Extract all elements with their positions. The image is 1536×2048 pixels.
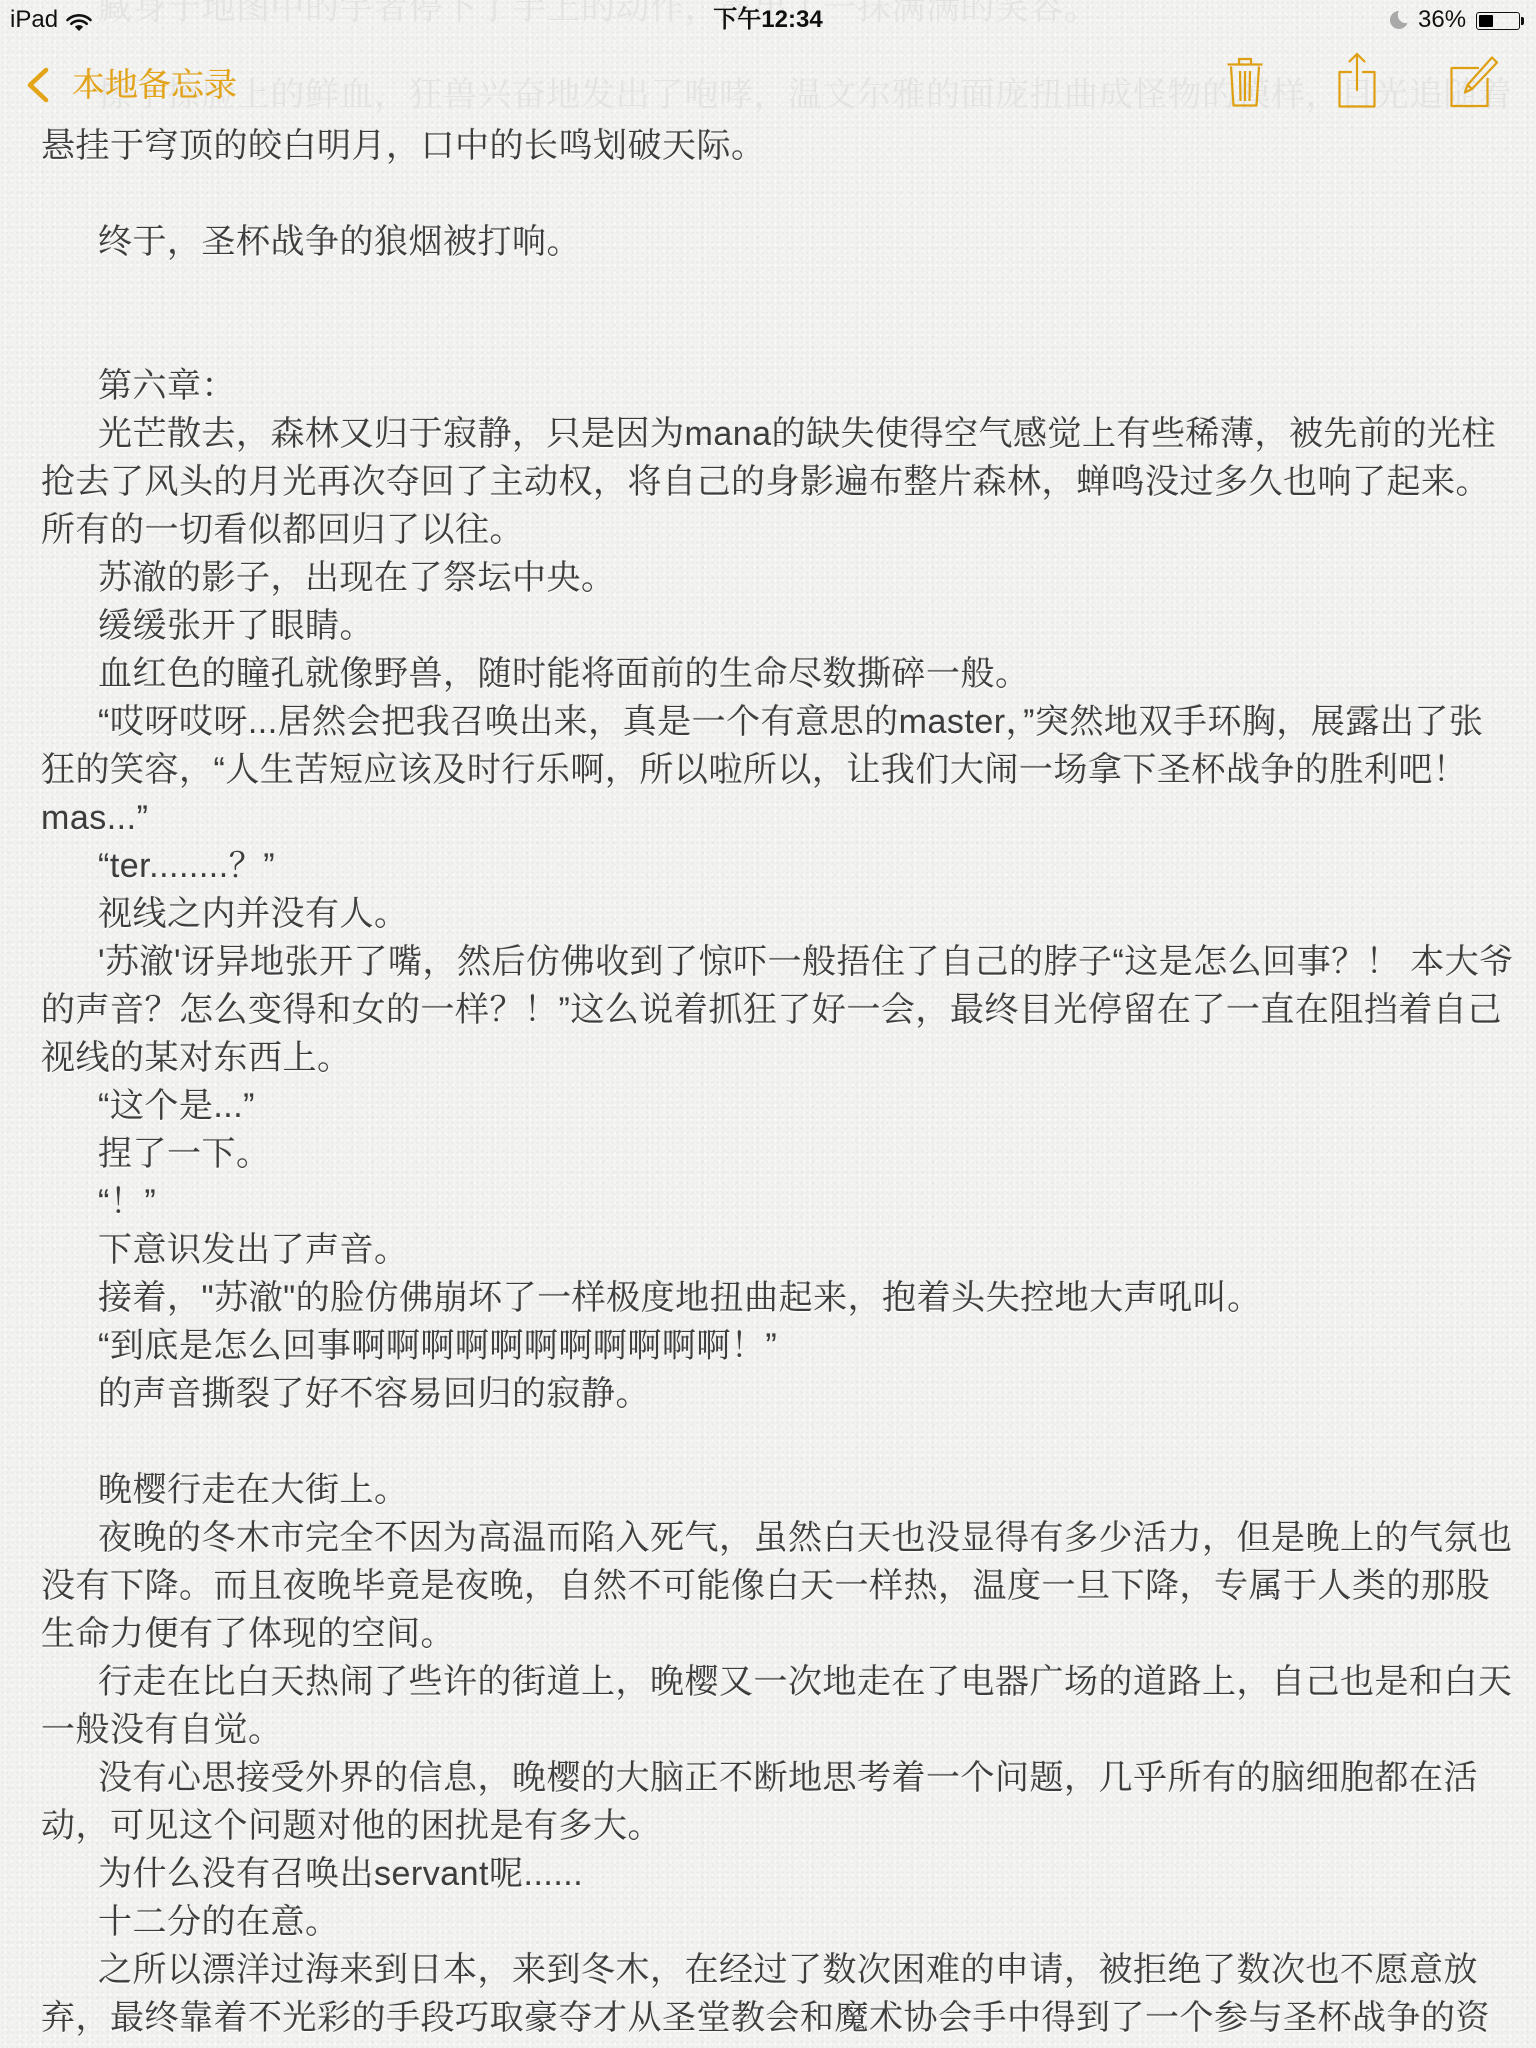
text-line: 接着，"苏澈"的脸仿佛崩坏了一样极度地扭曲起来，抱着头失控地大声吼叫。: [0, 1274, 1536, 1322]
paragraph: 夜晚的冬木市完全不因为高温而陷入死气，虽然白天也没显得有多少活力，但是晚上的气氛…: [0, 1514, 1536, 1658]
back-button[interactable]: 本地备忘录: [24, 60, 237, 110]
paragraph: 视线之内并没有人。: [0, 890, 1536, 938]
battery-level: [1479, 15, 1493, 27]
share-button[interactable]: [1337, 51, 1377, 109]
text-line: 动，可见这个问题对他的困扰是有多大。: [0, 1802, 1536, 1850]
paragraph: 行走在比白天热闹了些许的街道上，晚樱又一次地走在了电器广场的道路上，自己也是和白…: [0, 1658, 1536, 1754]
blank-line: [0, 266, 1536, 314]
text-line: “到底是怎么回事啊啊啊啊啊啊啊啊啊啊啊！”: [0, 1322, 1536, 1370]
text-line: 十二分的在意。: [0, 1898, 1536, 1946]
text-line: mas...”: [0, 794, 1536, 842]
paragraph: “到底是怎么回事啊啊啊啊啊啊啊啊啊啊啊！”: [0, 1322, 1536, 1370]
paragraph: 的声音撕裂了好不容易回归的寂静。: [0, 1370, 1536, 1418]
text-line: 行走在比白天热闹了些许的街道上，晚樱又一次地走在了电器广场的道路上，自己也是和白…: [0, 1658, 1536, 1706]
chapter-heading: 第六章：: [0, 362, 1536, 410]
delete-button[interactable]: [1225, 56, 1265, 108]
text-line: 为什么没有召唤出servant呢......: [0, 1850, 1536, 1898]
text-line: 视线的某对东西上。: [0, 1034, 1536, 1082]
paragraph: 之所以漂洋过海来到日本，来到冬木，在经过了数次困难的申请，被拒绝了数次也不愿意放…: [0, 1946, 1536, 2042]
compose-button[interactable]: [1449, 55, 1499, 109]
blank-line: [0, 314, 1536, 362]
compose-icon: [1449, 55, 1499, 109]
moon-icon: [1388, 9, 1410, 31]
text-line: 苏澈的影子，出现在了祭坛中央。: [0, 554, 1536, 602]
text-line: 之所以漂洋过海来到日本，来到冬木，在经过了数次困难的申请，被拒绝了数次也不愿意放: [0, 1946, 1536, 1994]
text-line: “ter........？”: [0, 842, 1536, 890]
text-line: 所有的一切看似都回归了以往。: [0, 506, 1536, 554]
note-body[interactable]: 悬挂于穹顶的皎白明月，口中的长鸣划破天际。 终于，圣杯战争的狼烟被打响。 第六章…: [0, 122, 1536, 2042]
scrolled-text-line: 擦了擦脸上的鲜血，狂兽兴奋地发出了咆哮，温文尔雅的面庞扭曲成怪物的模样，目光追随…: [98, 71, 1513, 119]
text-line: 的声音？怎么变得和女的一样？！”这么说着抓狂了好一会，最终目光停留在了一直在阻挡…: [0, 986, 1536, 1034]
paragraph: 悬挂于穹顶的皎白明月，口中的长鸣划破天际。: [0, 122, 1536, 170]
text-line: “哎呀哎呀...居然会把我召唤出来，真是一个有意思的master，”突然地双手环…: [0, 698, 1536, 746]
chevron-left-icon: [24, 67, 52, 103]
text-line: 弃，最终靠着不光彩的手段巧取豪夺才从圣堂教会和魔术协会手中得到了一个参与圣杯战争…: [0, 1994, 1536, 2042]
paragraph: 光芒散去，森林又归于寂静，只是因为mana的缺失使得空气感觉上有些稀薄，被先前的…: [0, 410, 1536, 554]
paragraph: 捏了一下。: [0, 1130, 1536, 1178]
battery-nub: [1521, 17, 1524, 25]
paragraph: “ter........？”: [0, 842, 1536, 890]
back-label: 本地备忘录: [72, 63, 237, 107]
text-line: “这个是...”: [0, 1082, 1536, 1130]
text-line: 光芒散去，森林又归于寂静，只是因为mana的缺失使得空气感觉上有些稀薄，被先前的…: [0, 410, 1536, 458]
text-line: 的声音撕裂了好不容易回归的寂静。: [0, 1370, 1536, 1418]
text-line: 第六章：: [0, 362, 1536, 410]
text-line: 缓缓张开了眼睛。: [0, 602, 1536, 650]
text-line: 没有下降。而且夜晚毕竟是夜晚，自然不可能像白天一样热，温度一旦下降，专属于人类的…: [0, 1562, 1536, 1610]
paragraph: “这个是...”: [0, 1082, 1536, 1130]
battery-percent: 36%: [1418, 0, 1466, 40]
paragraph: 没有心思接受外界的信息，晚樱的大脑正不断地思考着一个问题，几乎所有的脑细胞都在活…: [0, 1754, 1536, 1850]
paragraph: 缓缓张开了眼睛。: [0, 602, 1536, 650]
share-icon: [1337, 51, 1377, 109]
text-line: “！”: [0, 1178, 1536, 1226]
text-line: 视线之内并没有人。: [0, 890, 1536, 938]
text-line: 捏了一下。: [0, 1130, 1536, 1178]
paragraph: 苏澈的影子，出现在了祭坛中央。: [0, 554, 1536, 602]
text-line: 夜晚的冬木市完全不因为高温而陷入死气，虽然白天也没显得有多少活力，但是晚上的气氛…: [0, 1514, 1536, 1562]
paragraph: 为什么没有召唤出servant呢......: [0, 1850, 1536, 1898]
paragraph: 接着，"苏澈"的脸仿佛崩坏了一样极度地扭曲起来，抱着头失控地大声吼叫。: [0, 1274, 1536, 1322]
blank-line: [0, 170, 1536, 218]
text-line: 抢去了风头的月光再次夺回了主动权，将自己的身影遍布整片森林，蝉鸣没过多久也响了起…: [0, 458, 1536, 506]
trash-icon: [1225, 56, 1265, 108]
blank-line: [0, 1418, 1536, 1466]
text-line: 终于，圣杯战争的狼烟被打响。: [0, 218, 1536, 266]
text-line: '苏澈'讶异地张开了嘴，然后仿佛收到了惊吓一般捂住了自己的脖子“这是怎么回事？！…: [0, 938, 1536, 986]
text-line: 狂的笑容，“人生苦短应该及时行乐啊，所以啦所以，让我们大闹一场拿下圣杯战争的胜利…: [0, 746, 1536, 794]
battery-icon: [1476, 12, 1520, 30]
paragraph: 晚樱行走在大街上。: [0, 1466, 1536, 1514]
text-line: 悬挂于穹顶的皎白明月，口中的长鸣划破天际。: [0, 122, 1536, 170]
paragraph: 终于，圣杯战争的狼烟被打响。: [0, 218, 1536, 266]
text-line: 下意识发出了声音。: [0, 1226, 1536, 1274]
clock: 下午12:34: [0, 0, 1536, 40]
paragraph: 下意识发出了声音。: [0, 1226, 1536, 1274]
paragraph: “哎呀哎呀...居然会把我召唤出来，真是一个有意思的master，”突然地双手环…: [0, 698, 1536, 842]
text-line: 一般没有自觉。: [0, 1706, 1536, 1754]
paragraph: '苏澈'讶异地张开了嘴，然后仿佛收到了惊吓一般捂住了自己的脖子“这是怎么回事？！…: [0, 938, 1536, 1082]
status-bar: iPad 下午12:34 36%: [0, 0, 1536, 40]
text-line: 血红色的瞳孔就像野兽，随时能将面前的生命尽数撕碎一般。: [0, 650, 1536, 698]
paragraph: 十二分的在意。: [0, 1898, 1536, 1946]
paragraph: 血红色的瞳孔就像野兽，随时能将面前的生命尽数撕碎一般。: [0, 650, 1536, 698]
text-line: 晚樱行走在大街上。: [0, 1466, 1536, 1514]
paragraph: “！”: [0, 1178, 1536, 1226]
text-line: 没有心思接受外界的信息，晚樱的大脑正不断地思考着一个问题，几乎所有的脑细胞都在活: [0, 1754, 1536, 1802]
text-line: 生命力便有了体现的空间。: [0, 1610, 1536, 1658]
